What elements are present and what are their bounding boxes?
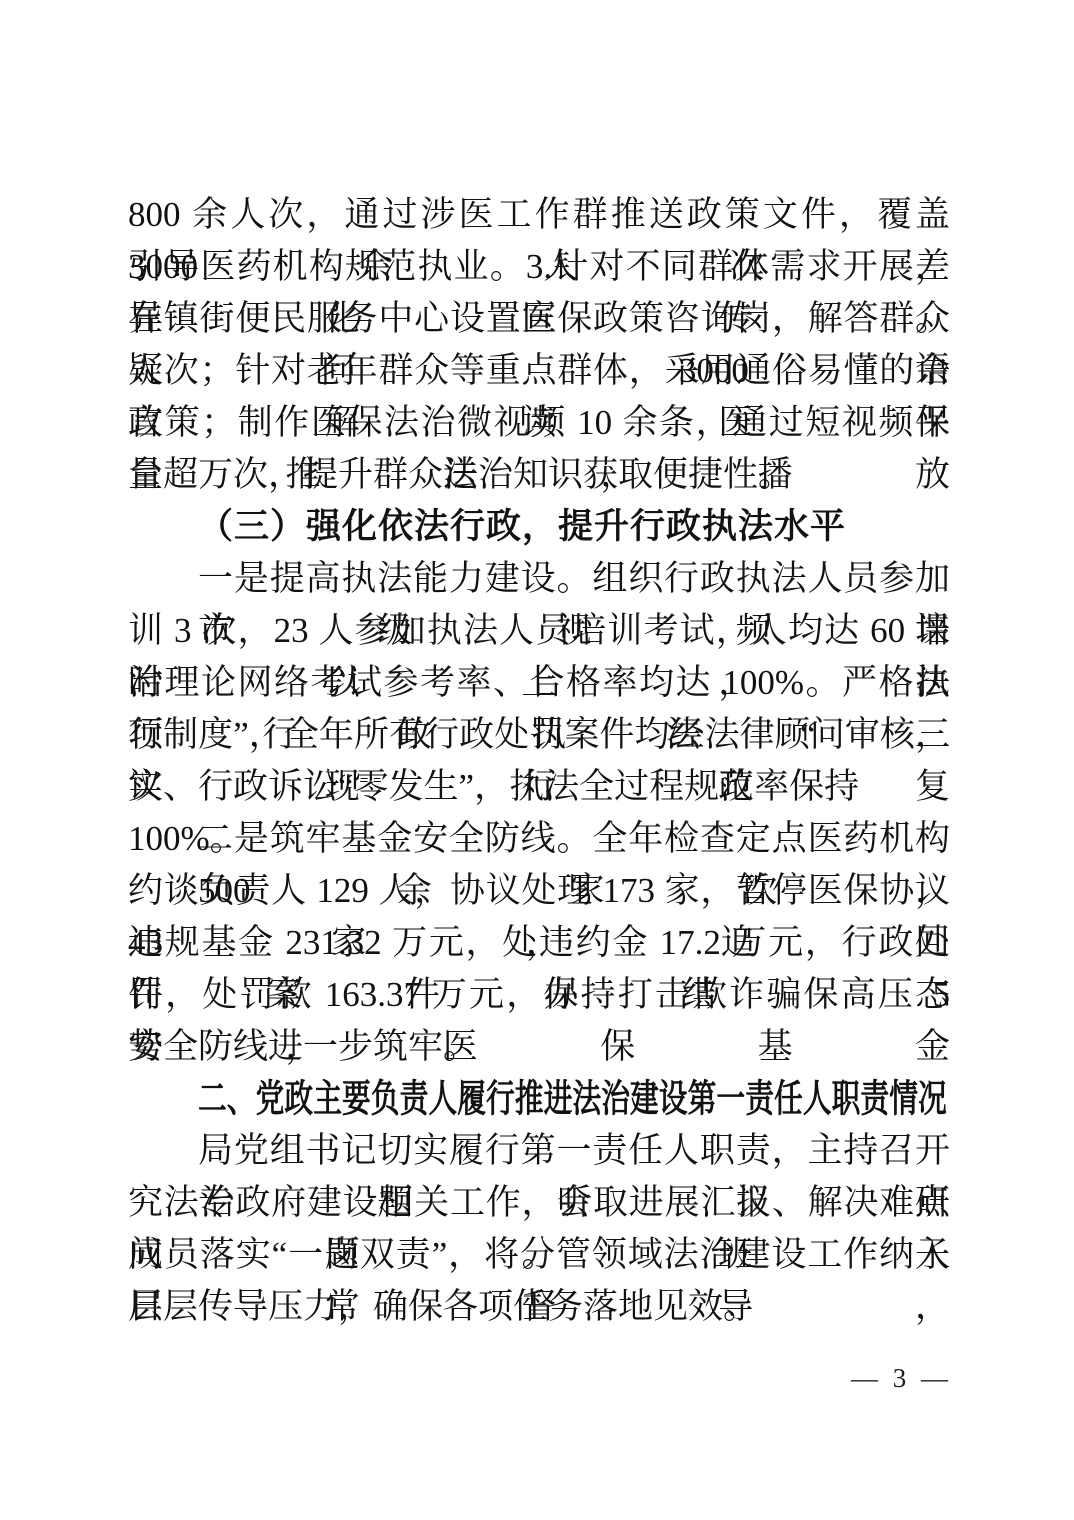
text-line: 局党组书记切实履行第一责任人职责，主持召开专题会议研 (128, 1125, 950, 1177)
text-line: 政策；制作医保法治微视频 10 余条，通过短视频平台推送，播放 (128, 397, 950, 449)
paragraph-publicity-continued: 800 余人次，通过涉医工作群推送政策文件，覆盖 3000 余人次，引导医药机构… (128, 189, 950, 501)
document-body: 800 余人次，通过涉医工作群推送政策文件，覆盖 3000 余人次，引导医药机构… (128, 189, 950, 1333)
page-number: — 3 — (851, 1356, 948, 1400)
paragraph-enforcement-capacity: 一是提高执法能力建设。组织行政执法人员参加市级视频培训 3 次，23 人参加执法… (128, 553, 950, 813)
text-line: 件，处罚款 163.37 万元，保持打击欺诈骗保高压态势，医保基金 (128, 969, 950, 1021)
text-line: 在镇街便民服务中心设置医保政策咨询岗，解答群众疑问 3000 余 (128, 293, 950, 345)
text-line: 一是提高执法能力建设。组织行政执法人员参加市级视频培 (128, 553, 950, 605)
text-line: 约谈负责人 129 人，协议处理 173 家，暂停医保协议 43 家，追回 (128, 865, 950, 917)
paragraph-fund-safety: 二是筑牢基金安全防线。全年检查定点医药机构 500 余家次，约谈负责人 129 … (128, 813, 950, 1073)
document-page: 800 余人次，通过涉医工作群推送政策文件，覆盖 3000 余人次，引导医药机构… (0, 0, 1074, 1520)
heading-text: 二、党政主要负责人履行推进法治建设第一责任人职责情况 (198, 1071, 947, 1126)
text-line: 治理论网络考试参考率、合格率均达 100%。严格执行行政执法“三 (128, 657, 950, 709)
paragraph-first-responsibility: 局党组书记切实履行第一责任人职责，主持召开专题会议研究法治政府建设相关工作，听取… (128, 1125, 950, 1333)
text-line: 引导医药机构规范执业。3.针对不同群体需求开展差异化宣传。 (128, 241, 950, 293)
text-line: 项制度”，全年所有行政处罚案件均经法律顾问审核，实现行政复 (128, 709, 950, 761)
text-line: 训 3 次，23 人参加执法人员培训考试，人均达 60 课时以上，法 (128, 605, 950, 657)
heading-section-three: （三）强化依法行政，提升行政执法水平 (128, 501, 950, 553)
text-line: 议、行政诉讼“零发生”，执法全过程规范率保持 100%。 (128, 761, 950, 813)
text-line: 二、党政主要负责人履行推进法治建设第一责任人职责情况 (128, 1073, 950, 1125)
text-line: 人次；针对老年群众等重点群体，采用通俗易懂的语言解读医保 (128, 345, 950, 397)
text-line: 二是筑牢基金安全防线。全年检查定点医药机构 500 余家次， (128, 813, 950, 865)
heading-section-two-main: 二、党政主要负责人履行推进法治建设第一责任人职责情况 (128, 1073, 950, 1125)
text-line: 成员落实“一岗双责”，将分管领域法治建设工作纳入日常督导， (128, 1229, 950, 1281)
text-line: 违规基金 231.32 万元，处违约金 17.2 万元，行政处罚案件办结 5 (128, 917, 950, 969)
text-line: 800 余人次，通过涉医工作群推送政策文件，覆盖 3000 余人次， (128, 189, 950, 241)
text-line: 究法治政府建设相关工作，听取进展汇报、解决难点问题。班子 (128, 1177, 950, 1229)
text-line: （三）强化依法行政，提升行政执法水平 (128, 501, 950, 553)
